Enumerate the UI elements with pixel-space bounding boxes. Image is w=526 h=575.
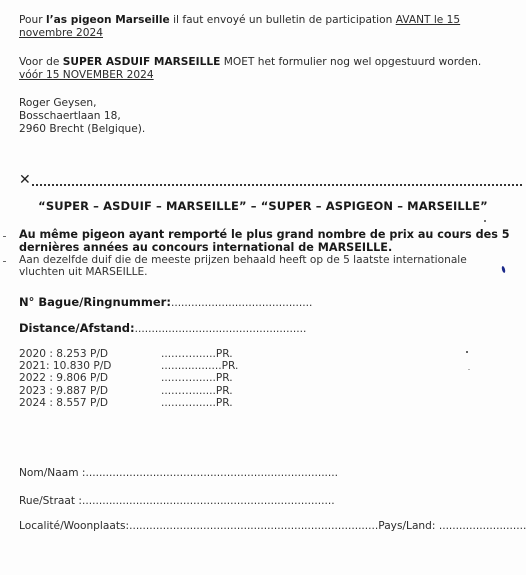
- prize-suffix: PR.: [222, 360, 239, 372]
- prize-suffix: PR.: [216, 385, 233, 397]
- prize-count-blank[interactable]: ....……......PR.: [161, 397, 233, 409]
- street-label: Rue/Straat :: [19, 495, 82, 507]
- intro-fr-deadline-line2: novembre 2024: [19, 27, 103, 40]
- intro-fr-line1: Pour l’as pigeon Marseille il faut envoy…: [19, 14, 460, 27]
- locality-field[interactable]: Localité/Woonplaats:....................…: [19, 520, 526, 532]
- name-field[interactable]: Nom/Naam :..............................…: [19, 467, 338, 479]
- description-fr-line1: Au même pigeon ayant remporté le plus gr…: [19, 228, 510, 241]
- prize-suffix: PR.: [216, 397, 233, 409]
- year-label: 2022 : 9.806 P/D: [19, 372, 108, 384]
- prize-count-dots[interactable]: ....……......: [161, 385, 216, 397]
- distance-label: Distance/Afstand:: [19, 321, 135, 335]
- intro-nl-prefix: Voor de: [19, 56, 63, 68]
- ink-mark: [501, 266, 506, 274]
- address-street: Bosschaertlaan 18,: [19, 110, 121, 123]
- ring-number-label: N° Bague/Ringnummer:: [19, 295, 171, 309]
- description-nl-line2: vluchten uit MARSEILLE.: [19, 266, 148, 278]
- distance-field[interactable]: Distance/Afstand:.......................…: [19, 321, 306, 335]
- prize-suffix: PR.: [216, 348, 233, 360]
- intro-fr-deadline: AVANT le 15: [396, 14, 460, 26]
- cut-dotted-line: [32, 184, 522, 186]
- locality-blank[interactable]: ........................................…: [129, 520, 378, 532]
- intro-nl-deadline: vóór 15 NOVEMBER 2024: [19, 69, 154, 82]
- name-label: Nom/Naam :: [19, 467, 85, 479]
- prize-count-blank[interactable]: ....……......PR.: [161, 348, 233, 360]
- prize-suffix: PR.: [216, 372, 233, 384]
- cut-line: ✕: [19, 175, 522, 189]
- intro-fr-prefix: Pour: [19, 14, 46, 26]
- prize-count-dots[interactable]: ..................: [161, 360, 222, 372]
- intro-fr-middle: il faut envoyé un bulletin de participat…: [170, 14, 396, 26]
- bullet-mark: [3, 236, 6, 237]
- prize-count-blank[interactable]: ..................PR.: [161, 360, 238, 372]
- address-city: 2960 Brecht (Belgique).: [19, 123, 145, 136]
- intro-fr-bold: l’as pigeon Marseille: [46, 14, 170, 26]
- speck-mark: [468, 369, 470, 370]
- scissors-icon: ✕: [19, 172, 31, 188]
- intro-nl-line1: Voor de SUPER ASDUIF MARSEILLE MOET het …: [19, 56, 481, 69]
- address-name: Roger Geysen,: [19, 97, 96, 110]
- speck-mark: [466, 351, 468, 353]
- country-blank[interactable]: ...........................: [439, 520, 526, 532]
- year-label: 2020 : 8.253 P/D: [19, 348, 108, 360]
- year-label: 2021: 10.830 P/D: [19, 360, 111, 372]
- ring-number-blank[interactable]: ........................................…: [171, 297, 312, 309]
- ring-number-field[interactable]: N° Bague/Ringnummer:....................…: [19, 295, 312, 309]
- year-label: 2024 : 8.557 P/D: [19, 397, 108, 409]
- prize-count-dots[interactable]: ....……......: [161, 372, 216, 384]
- prize-count-blank[interactable]: ....……......PR.: [161, 385, 233, 397]
- speck-mark: [484, 220, 486, 222]
- prize-count-dots[interactable]: ....……......: [161, 397, 216, 409]
- country-label: Pays/Land:: [378, 520, 435, 532]
- bullet-mark: [3, 261, 6, 262]
- prize-count-dots[interactable]: ....……......: [161, 348, 216, 360]
- prize-count-blank[interactable]: ....……......PR.: [161, 372, 233, 384]
- locality-label: Localité/Woonplaats:: [19, 520, 129, 532]
- description-nl-line1: Aan dezelfde duif die de meeste prijzen …: [19, 254, 467, 266]
- intro-nl-middle: MOET het formulier nog wel opgestuurd wo…: [220, 56, 481, 68]
- description-fr-line2: dernières années au concours internation…: [19, 241, 392, 254]
- street-field[interactable]: Rue/Straat :............................…: [19, 495, 335, 507]
- distance-blank[interactable]: ........................................…: [135, 323, 307, 335]
- year-label: 2023 : 9.887 P/D: [19, 385, 108, 397]
- name-blank[interactable]: ........................................…: [85, 467, 338, 479]
- form-title: “SUPER – ASDUIF – MARSEILLE” – “SUPER – …: [0, 199, 526, 213]
- street-blank[interactable]: ........................................…: [82, 495, 335, 507]
- intro-nl-bold: SUPER ASDUIF MARSEILLE: [63, 56, 221, 68]
